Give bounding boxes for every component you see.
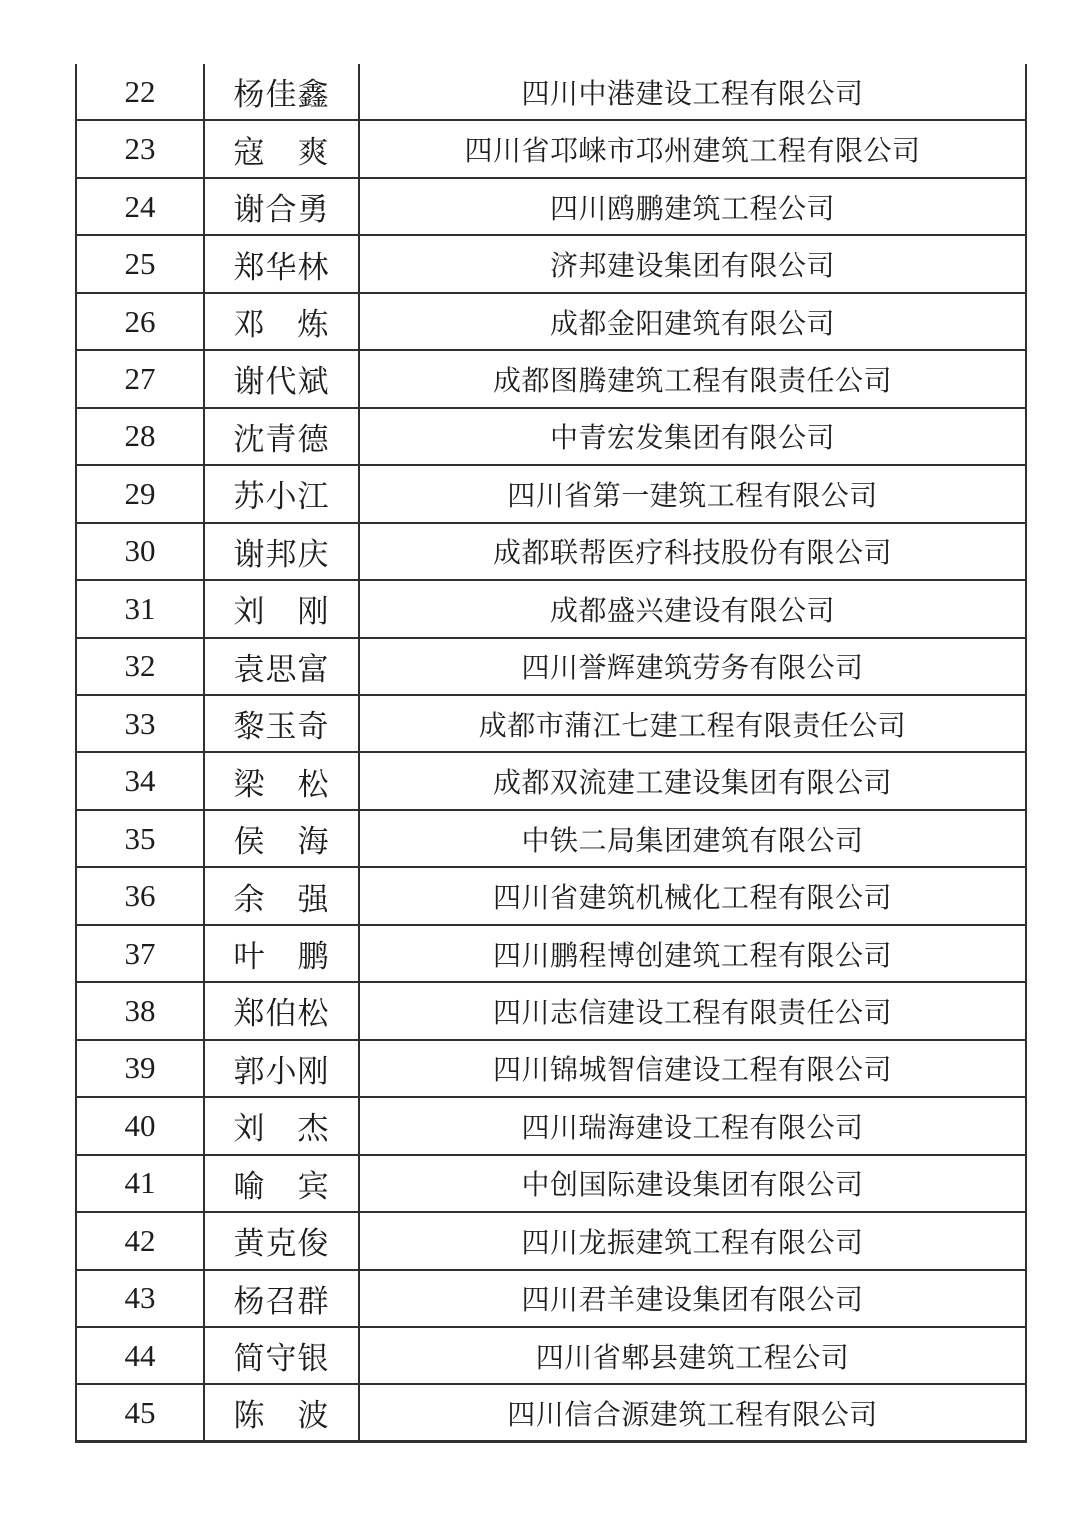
roster-table: 22 杨佳鑫 四川中港建设工程有限公司 23 寇 爽 四川省邛崃市邛州建筑工程有… <box>75 64 1027 1443</box>
cell-person-name: 谢合勇 <box>205 179 360 234</box>
cell-company-name: 中青宏发集团有限公司 <box>360 409 1025 464</box>
cell-row-number: 39 <box>77 1041 205 1096</box>
cell-person-name: 喻 宾 <box>205 1156 360 1211</box>
table-row: 35 侯 海 中铁二局集团建筑有限公司 <box>77 811 1025 868</box>
cell-company-name: 成都金阳建筑有限公司 <box>360 294 1025 349</box>
cell-row-number: 26 <box>77 294 205 349</box>
cell-person-name: 黄克俊 <box>205 1213 360 1268</box>
cell-person-name: 侯 海 <box>205 811 360 866</box>
cell-person-name: 余 强 <box>205 868 360 923</box>
cell-row-number: 29 <box>77 466 205 521</box>
cell-company-name: 四川锦城智信建设工程有限公司 <box>360 1041 1025 1096</box>
cell-company-name: 四川鹏程博创建筑工程有限公司 <box>360 926 1025 981</box>
cell-row-number: 27 <box>77 351 205 406</box>
table-row: 23 寇 爽 四川省邛崃市邛州建筑工程有限公司 <box>77 121 1025 178</box>
table-row: 24 谢合勇 四川鸥鹏建筑工程公司 <box>77 179 1025 236</box>
cell-person-name: 谢代斌 <box>205 351 360 406</box>
cell-person-name: 邓 炼 <box>205 294 360 349</box>
table-row: 41 喻 宾 中创国际建设集团有限公司 <box>77 1156 1025 1213</box>
table-row: 30 谢邦庆 成都联帮医疗科技股份有限公司 <box>77 524 1025 581</box>
cell-company-name: 四川省建筑机械化工程有限公司 <box>360 868 1025 923</box>
cell-row-number: 35 <box>77 811 205 866</box>
table-row: 44 简守银 四川省郫县建筑工程公司 <box>77 1328 1025 1385</box>
cell-row-number: 43 <box>77 1271 205 1326</box>
table-row: 22 杨佳鑫 四川中港建设工程有限公司 <box>77 64 1025 121</box>
cell-person-name: 梁 松 <box>205 753 360 808</box>
cell-person-name: 苏小江 <box>205 466 360 521</box>
cell-row-number: 22 <box>77 64 205 119</box>
cell-row-number: 28 <box>77 409 205 464</box>
table-row: 29 苏小江 四川省第一建筑工程有限公司 <box>77 466 1025 523</box>
cell-company-name: 四川鸥鹏建筑工程公司 <box>360 179 1025 234</box>
table-row: 39 郭小刚 四川锦城智信建设工程有限公司 <box>77 1041 1025 1098</box>
cell-company-name: 四川龙振建筑工程有限公司 <box>360 1213 1025 1268</box>
cell-person-name: 刘 杰 <box>205 1098 360 1153</box>
cell-row-number: 36 <box>77 868 205 923</box>
cell-row-number: 45 <box>77 1385 205 1439</box>
table-row: 37 叶 鹏 四川鹏程博创建筑工程有限公司 <box>77 926 1025 983</box>
cell-person-name: 刘 刚 <box>205 581 360 636</box>
cell-company-name: 四川瑞海建设工程有限公司 <box>360 1098 1025 1153</box>
cell-person-name: 杨召群 <box>205 1271 360 1326</box>
cell-row-number: 37 <box>77 926 205 981</box>
cell-row-number: 32 <box>77 639 205 694</box>
cell-person-name: 郭小刚 <box>205 1041 360 1096</box>
cell-company-name: 成都盛兴建设有限公司 <box>360 581 1025 636</box>
cell-row-number: 44 <box>77 1328 205 1383</box>
cell-person-name: 郑伯松 <box>205 983 360 1038</box>
table-row: 27 谢代斌 成都图腾建筑工程有限责任公司 <box>77 351 1025 408</box>
cell-row-number: 41 <box>77 1156 205 1211</box>
table-row: 38 郑伯松 四川志信建设工程有限责任公司 <box>77 983 1025 1040</box>
table-row: 31 刘 刚 成都盛兴建设有限公司 <box>77 581 1025 638</box>
cell-row-number: 40 <box>77 1098 205 1153</box>
cell-row-number: 30 <box>77 524 205 579</box>
cell-company-name: 中创国际建设集团有限公司 <box>360 1156 1025 1211</box>
cell-company-name: 四川誉辉建筑劳务有限公司 <box>360 639 1025 694</box>
cell-company-name: 四川省郫县建筑工程公司 <box>360 1328 1025 1383</box>
cell-company-name: 成都联帮医疗科技股份有限公司 <box>360 524 1025 579</box>
cell-row-number: 23 <box>77 121 205 176</box>
cell-row-number: 24 <box>77 179 205 234</box>
cell-row-number: 42 <box>77 1213 205 1268</box>
table-row: 26 邓 炼 成都金阳建筑有限公司 <box>77 294 1025 351</box>
cell-company-name: 成都市蒲江七建工程有限责任公司 <box>360 696 1025 751</box>
table-row: 43 杨召群 四川君羊建设集团有限公司 <box>77 1271 1025 1328</box>
cell-person-name: 简守银 <box>205 1328 360 1383</box>
cell-company-name: 四川省第一建筑工程有限公司 <box>360 466 1025 521</box>
cell-person-name: 陈 波 <box>205 1385 360 1439</box>
cell-row-number: 33 <box>77 696 205 751</box>
cell-company-name: 四川信合源建筑工程有限公司 <box>360 1385 1025 1439</box>
table-row: 33 黎玉奇 成都市蒲江七建工程有限责任公司 <box>77 696 1025 753</box>
cell-person-name: 沈青德 <box>205 409 360 464</box>
cell-row-number: 25 <box>77 236 205 291</box>
cell-person-name: 郑华林 <box>205 236 360 291</box>
cell-person-name: 寇 爽 <box>205 121 360 176</box>
cell-company-name: 四川君羊建设集团有限公司 <box>360 1271 1025 1326</box>
cell-person-name: 黎玉奇 <box>205 696 360 751</box>
cell-row-number: 31 <box>77 581 205 636</box>
table-row: 32 袁思富 四川誉辉建筑劳务有限公司 <box>77 639 1025 696</box>
table-row: 42 黄克俊 四川龙振建筑工程有限公司 <box>77 1213 1025 1270</box>
table-row: 28 沈青德 中青宏发集团有限公司 <box>77 409 1025 466</box>
cell-company-name: 四川中港建设工程有限公司 <box>360 64 1025 119</box>
document-page: 22 杨佳鑫 四川中港建设工程有限公司 23 寇 爽 四川省邛崃市邛州建筑工程有… <box>0 0 1080 1527</box>
table-row: 45 陈 波 四川信合源建筑工程有限公司 <box>77 1385 1025 1442</box>
table-row: 40 刘 杰 四川瑞海建设工程有限公司 <box>77 1098 1025 1155</box>
table-row: 34 梁 松 成都双流建工建设集团有限公司 <box>77 753 1025 810</box>
cell-company-name: 成都图腾建筑工程有限责任公司 <box>360 351 1025 406</box>
cell-company-name: 济邦建设集团有限公司 <box>360 236 1025 291</box>
cell-company-name: 成都双流建工建设集团有限公司 <box>360 753 1025 808</box>
cell-company-name: 中铁二局集团建筑有限公司 <box>360 811 1025 866</box>
cell-row-number: 38 <box>77 983 205 1038</box>
cell-company-name: 四川志信建设工程有限责任公司 <box>360 983 1025 1038</box>
table-row: 36 余 强 四川省建筑机械化工程有限公司 <box>77 868 1025 925</box>
cell-person-name: 袁思富 <box>205 639 360 694</box>
cell-person-name: 谢邦庆 <box>205 524 360 579</box>
cell-row-number: 34 <box>77 753 205 808</box>
cell-person-name: 叶 鹏 <box>205 926 360 981</box>
table-row: 25 郑华林 济邦建设集团有限公司 <box>77 236 1025 293</box>
cell-person-name: 杨佳鑫 <box>205 64 360 119</box>
cell-company-name: 四川省邛崃市邛州建筑工程有限公司 <box>360 121 1025 176</box>
